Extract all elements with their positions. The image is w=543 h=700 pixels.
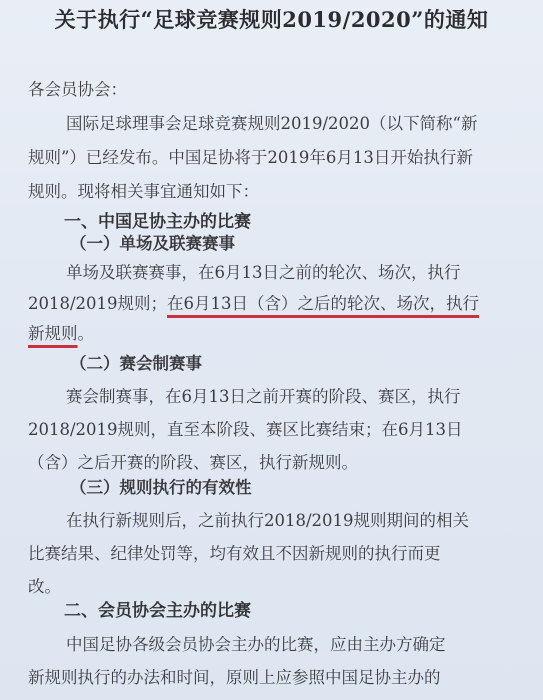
notice-document: 关于执行“足球竞赛规则2019/2020”的通知 各会员协会： 国际足球理事会足…: [0, 0, 543, 700]
subsection-2-line-2: 2018/2019规则，直至本阶段、赛区比赛结束；在6月13日: [28, 418, 463, 442]
intro-line-1: 国际足球理事会足球竞赛规则2019/2020（以下简称“新: [66, 112, 477, 136]
salutation: 各会员协会：: [28, 78, 127, 102]
subsection-3-heading: （三）规则执行的有效性: [70, 476, 252, 500]
subsection-2-line-3: （含）之后开赛的阶段、赛区，执行新规则。: [28, 451, 358, 475]
subsection-1-line-3-tail: 。: [78, 324, 95, 343]
subsection-1-line-2: 2018/2019规则；在6月13日（含）之后的轮次、场次，执行: [28, 292, 479, 316]
section-2-line-2: 新规则执行的办法和时间，原则上应参照中国足协主办的: [28, 666, 441, 690]
highlighted-underline-text-2: 新规则: [28, 324, 78, 343]
subsection-2-heading: （二）赛会制赛事: [70, 352, 202, 376]
highlighted-underline-text: 在6月13日（含）之后的轮次、场次，执行: [167, 294, 479, 313]
section-2-heading: 二、会员协会主办的比赛: [64, 599, 251, 623]
subsection-1-line-2-plain: 2018/2019规则；: [28, 294, 167, 313]
subsection-2-line-1: 赛会制赛事，在6月13日之前开赛的阶段、赛区，执行: [66, 385, 461, 409]
subsection-1-heading: （一）单场及联赛赛事: [70, 232, 235, 256]
document-title: 关于执行“足球竞赛规则2019/2020”的通知: [0, 4, 543, 34]
section-2-line-1: 中国足协各级会员协会主办的比赛，应由主办方确定: [66, 633, 446, 657]
subsection-1-line-3: 新规则。: [28, 322, 94, 346]
section-1-heading: 一、中国足协主办的比赛: [64, 210, 251, 234]
subsection-3-line-3: 改。: [28, 575, 61, 599]
intro-line-2: 规则”）已经发布。中国足协将于2019年6月13日开始执行新: [28, 146, 473, 170]
subsection-1-line-1: 单场及联赛赛事，在6月13日之前的轮次、场次，执行: [66, 261, 461, 285]
intro-line-3: 规则。现将相关事宜通知如下：: [28, 180, 259, 204]
subsection-3-line-1: 在执行新规则后，之前执行2018/2019规则期间的相关: [66, 509, 469, 533]
subsection-3-line-2: 比赛结果、纪律处罚等，均有效且不因新规则的执行而更: [28, 542, 441, 566]
